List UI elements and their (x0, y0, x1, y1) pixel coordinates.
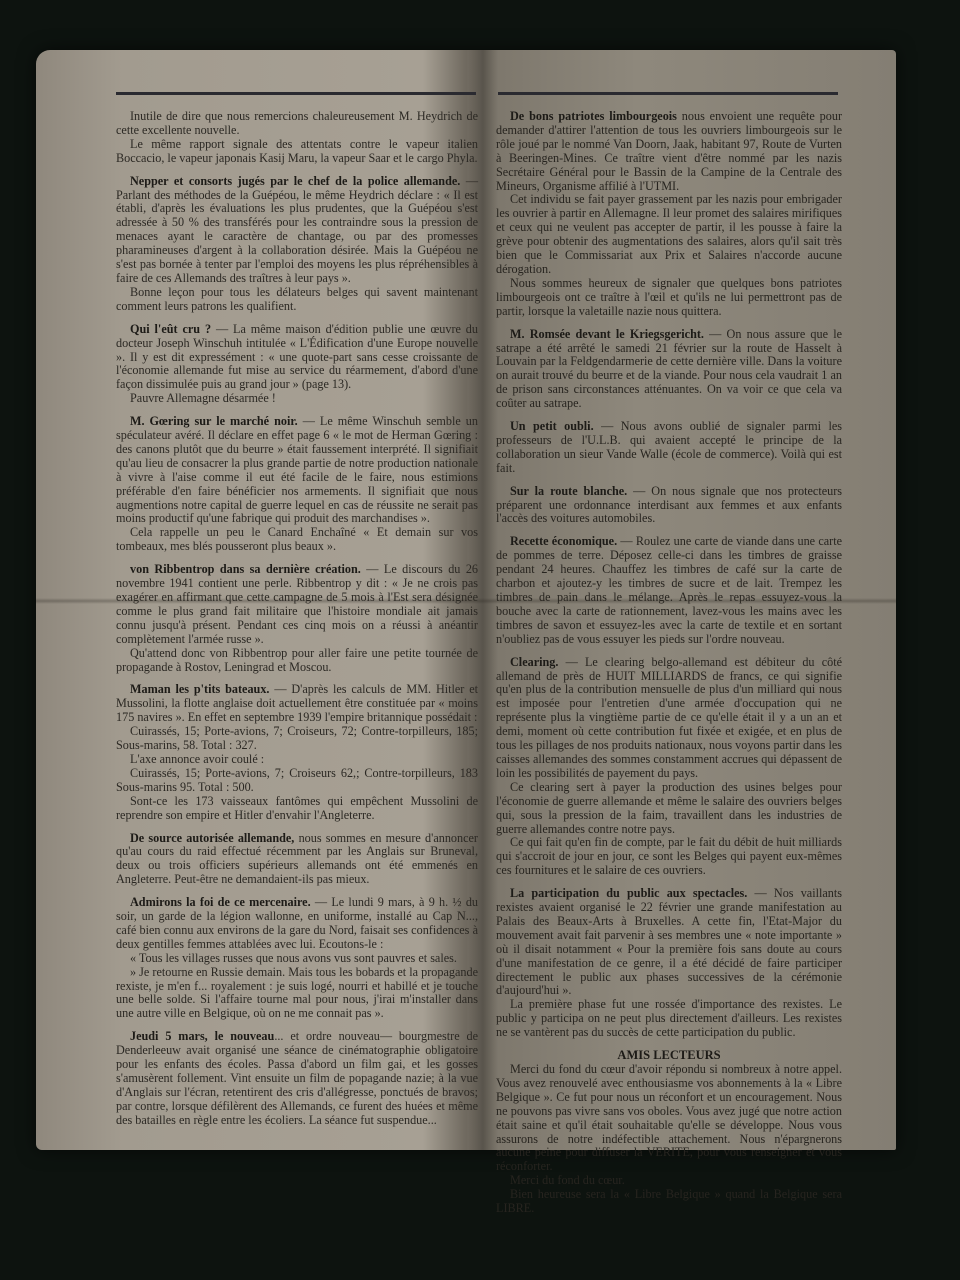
article-title: La participation du public aux spectacle… (510, 886, 747, 900)
article-text: « Tous les villages russes que nous avon… (116, 952, 478, 966)
article-title: Admirons la foi de ce mercenaire. (130, 895, 311, 909)
article-title: Jeudi 5 mars, le nouveau (130, 1029, 274, 1043)
article-text: » Je retourne en Russie demain. Mais tou… (116, 966, 478, 1022)
article-title: Un petit oubli. (510, 419, 594, 433)
article-text: — Le clearing belgo-allemand est débiteu… (496, 655, 842, 780)
article-title: De bons patriotes limbourgeois (510, 109, 677, 123)
article: De source autorisée allemande, nous somm… (116, 832, 478, 888)
article-title: M. Romsée devant le Kriegsgericht. (510, 327, 704, 341)
left-column: Inutile de dire que nous remercions chal… (116, 110, 478, 1137)
article-title: Clearing. (510, 655, 558, 669)
newspaper-sheet: Inutile de dire que nous remercions chal… (36, 50, 896, 1150)
article-text: Nous sommes heureux de signaler que quel… (496, 277, 842, 319)
article: Recette économique. — Roulez une carte d… (496, 535, 842, 646)
article-text: Cet individu se fait payer grassement pa… (496, 193, 842, 276)
article-text: Qu'attend donc von Ribbentrop pour aller… (116, 647, 478, 675)
closing-notice: AMIS LECTEURS Merci du fond du cœur d'av… (496, 1049, 842, 1216)
article: M. Gœring sur le marché noir. — Le même … (116, 415, 478, 554)
article: Inutile de dire que nous remercions chal… (116, 110, 478, 166)
article: Jeudi 5 mars, le nouveau... et ordre nou… (116, 1030, 478, 1127)
closing-heading: AMIS LECTEURS (496, 1049, 842, 1063)
article-title: Qui l'eût cru ? (130, 322, 211, 336)
article-text: Cela rappelle un peu le Canard Enchaîné … (116, 526, 478, 554)
article-text: Cuirassés, 15; Porte-avions, 7; Croiseur… (116, 725, 478, 753)
article-text: — Parlant des méthodes de la Guépéou, le… (116, 174, 478, 285)
article-text: — Le même Winschuh semble un spéculateur… (116, 414, 478, 525)
closing-text: Merci du fond du cœur d'avoir répondu si… (496, 1063, 842, 1174)
article-text: Pauvre Allemagne désarmée ! (116, 392, 478, 406)
article: La participation du public aux spectacle… (496, 887, 842, 1040)
article-text: Ce clearing sert à payer la production d… (496, 781, 842, 837)
article-title: Maman les p'tits bateaux. (130, 682, 269, 696)
article-text: Sont-ce les 173 vaisseaux fantômes qui e… (116, 795, 478, 823)
article-title: Nepper et consorts jugés par le chef de … (130, 174, 460, 188)
article-title: De source autorisée allemande, (130, 831, 294, 845)
article: Admirons la foi de ce mercenaire. — Le l… (116, 896, 478, 1021)
article: von Ribbentrop dans sa dernière création… (116, 563, 478, 674)
closing-text: Merci du fond du cœur. (496, 1174, 842, 1188)
article: Sur la route blanche. — On nous signale … (496, 485, 842, 527)
article-title: Recette économique. (510, 534, 617, 548)
article: Qui l'eût cru ? — La même maison d'éditi… (116, 323, 478, 406)
article-text: Inutile de dire que nous remercions chal… (116, 110, 478, 138)
article-text: Cuirassés, 15; Porte-avions, 7; Croiseur… (116, 767, 478, 795)
article-text: Ce qui fait qu'en fin de compte, par le … (496, 836, 842, 878)
article: Clearing. — Le clearing belgo-allemand e… (496, 656, 842, 879)
article-text: Bonne leçon pour tous les délateurs belg… (116, 286, 478, 314)
top-rule-right (498, 92, 838, 95)
article-text: ... et ordre nouveau— bourgmestre de Den… (116, 1029, 478, 1126)
article-title: von Ribbentrop dans sa dernière création… (130, 562, 361, 576)
closing-text: Bien heureuse sera la « Libre Belgique »… (496, 1188, 842, 1216)
article-title: Sur la route blanche. (510, 484, 627, 498)
article: Nepper et consorts jugés par le chef de … (116, 175, 478, 314)
article: Un petit oubli. — Nous avons oublié de s… (496, 420, 842, 476)
article: M. Romsée devant le Kriegsgericht. — On … (496, 328, 842, 411)
right-column: De bons patriotes limbourgeois nous envo… (496, 110, 842, 1225)
article-text: La première phase fut une rossée d'impor… (496, 998, 842, 1040)
article-text: — Nos vaillants rexistes avaient organis… (496, 886, 842, 997)
article-title: M. Gœring sur le marché noir. (130, 414, 298, 428)
top-rule-left (116, 92, 476, 95)
article-text: — Roulez une carte de viande dans une ca… (496, 534, 842, 645)
article: De bons patriotes limbourgeois nous envo… (496, 110, 842, 319)
article: Maman les p'tits bateaux. — D'après les … (116, 683, 478, 822)
article-text: Le même rapport signale des attentats co… (116, 138, 478, 166)
article-text: L'axe annonce avoir coulé : (116, 753, 478, 767)
